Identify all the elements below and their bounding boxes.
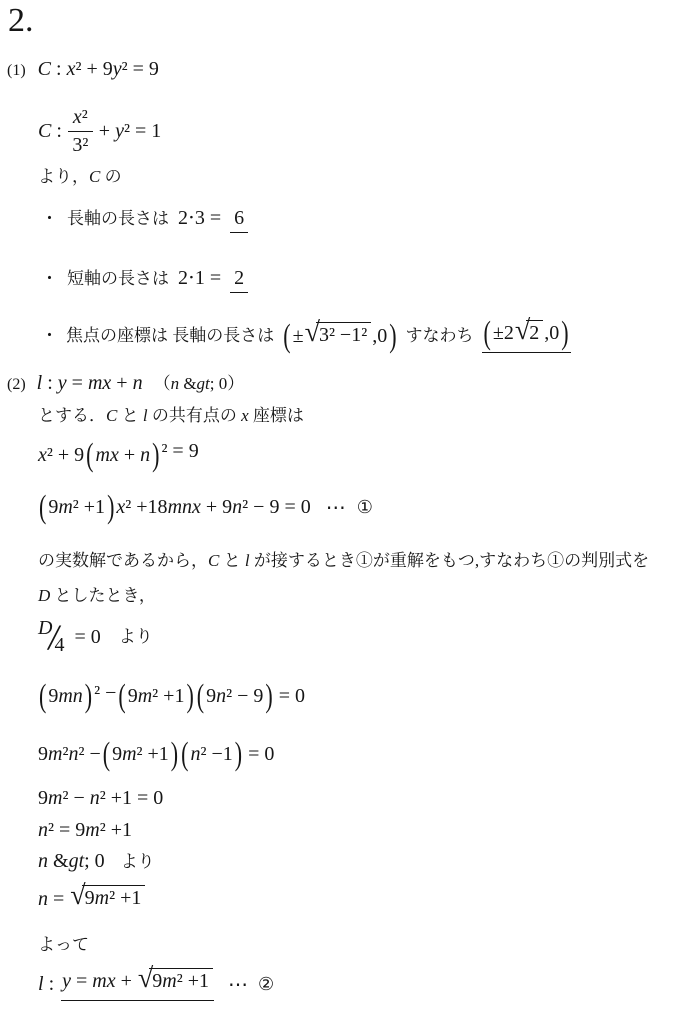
part2-intro: とする．C と l の共有点の x 座標は — [38, 403, 304, 429]
right-paren: ) — [560, 312, 569, 355]
right-paren: ) — [264, 675, 273, 718]
equation-post: x² +18mnx + 9n² − 9 = 0 — [116, 496, 310, 519]
n-squared-equation: n² = 9m² +1 — [38, 819, 132, 842]
substituted-equation: x² + 9 ( mx + n ) ² = 9 — [38, 435, 199, 475]
sqrt-expression: √ 9m² +1 — [70, 885, 145, 913]
foci-label: 焦点の座標は 長軸の長さは — [66, 323, 274, 349]
equation-pre: n = — [38, 888, 64, 911]
minor-axis-line: ・ 短軸の長さは 2⋅1 = 2 — [41, 265, 248, 293]
equals-zero: = 0 — [248, 743, 274, 766]
fraction-denominator: 3² — [68, 132, 93, 157]
sqrt-expression: √ 9m² +1 — [138, 968, 213, 996]
bullet-icon: ・ — [41, 323, 58, 349]
fraction-numerator: x² — [68, 106, 93, 132]
right-paren: ) — [185, 675, 194, 718]
fraction-x2-over-32: x² 3² — [68, 106, 93, 157]
left-paren: ( — [483, 312, 492, 355]
left-paren: ( — [38, 486, 47, 529]
ellipse-equation: C : x² + 9y² = 9 — [38, 58, 159, 81]
sqrt-two: √ 2 — [515, 320, 543, 348]
discriminant-line: D / 4 = 0 より — [38, 614, 153, 660]
right-paren: ) — [151, 434, 160, 477]
problem-number: 2. — [8, 2, 34, 40]
equation-inner: mx + n — [96, 444, 151, 467]
equation-post: ² = 9 — [161, 440, 198, 463]
part1-first-line: (1) C : x² + 9y² = 9 — [7, 58, 159, 81]
d-over-4: D / 4 — [38, 614, 64, 660]
squared-minus: ² − — [94, 682, 116, 705]
minor-axis-label: 短軸の長さは — [67, 266, 169, 292]
bullet-icon: ・ — [41, 206, 58, 232]
right-paren: ) — [234, 733, 243, 776]
cdots: ⋯ — [228, 972, 248, 997]
radicand: 9m² +1 — [82, 885, 146, 910]
n-positive: n &gt; 0 — [38, 850, 105, 873]
reduced-equation: 9m² − n² +1 = 0 — [38, 787, 163, 810]
line-expression: y = mx + — [62, 970, 132, 993]
sunawachi-label: すなわち — [406, 323, 474, 349]
equation-ref-1: ① — [357, 497, 373, 518]
part1-note: より，C の — [38, 164, 122, 190]
left-paren: ( — [85, 434, 94, 477]
equation-inner: 9m² +1 — [48, 496, 105, 519]
part2-first-line: (2) l : y = mx + n （n &gt; 0） — [7, 371, 244, 397]
radical-icon: √ — [70, 882, 85, 910]
reasoning-paragraph-line1: の実数解であるから，C と l が接するとき①が重解をもつ,すなわち①の判別式を — [38, 548, 649, 574]
left-paren: ( — [180, 733, 189, 776]
part2-label: (2) — [7, 376, 26, 394]
left-paren: ( — [117, 675, 126, 718]
equals-zero: = 0 — [74, 626, 100, 649]
coordinate-rest: ,0 — [372, 325, 387, 348]
right-paren: ) — [388, 315, 397, 358]
major-axis-expr: 2⋅3 = — [178, 205, 221, 230]
equals-zero: = 0 — [279, 685, 305, 708]
group-9m2plus1: 9m² +1 — [112, 743, 169, 766]
major-axis-line: ・ 長軸の長さは 2⋅3 = 6 — [41, 205, 248, 233]
minor-axis-result: 2 — [230, 267, 248, 293]
sqrt-expression: √ 3² −1² — [305, 322, 372, 350]
coordinate-rest: ,0 — [544, 322, 559, 345]
foci-line: ・ 焦点の座標は 長軸の長さは ( ± √ 3² −1² ,0 ) すなわち (… — [41, 312, 571, 360]
yori-label: より — [121, 849, 155, 875]
equation-pre: l : — [38, 973, 54, 996]
equation-pre: x² + 9 — [38, 444, 84, 467]
yori-label: より — [119, 624, 153, 650]
part1-label: (1) — [7, 62, 26, 80]
radical-icon: √ — [515, 317, 530, 345]
group-9m2plus1: 9m² +1 — [128, 685, 185, 708]
disc-simplified-equation: 9m²n² − ( 9m² +1 ) ( n² −1 ) = 0 — [38, 734, 274, 774]
left-paren: ( — [102, 733, 111, 776]
group-9n2minus9: 9n² − 9 — [206, 685, 263, 708]
equation-ref-2: ② — [258, 974, 274, 995]
right-paren: ) — [106, 486, 115, 529]
standard-form-prefix: C : — [38, 120, 62, 143]
minor-axis-expr: 2⋅1 = — [178, 265, 221, 290]
plus-minus-two: ±2 — [493, 322, 514, 345]
group-9mn: 9mn — [48, 685, 82, 708]
bullet-icon: ・ — [41, 266, 58, 292]
radicand: 9m² +1 — [149, 968, 213, 993]
n-positive-line: n &gt; 0 より — [38, 849, 155, 875]
left-paren: ( — [282, 315, 291, 358]
standard-form-line: C : x² 3² + y² = 1 — [38, 100, 161, 162]
conclusion-word: よって — [38, 932, 89, 958]
cdots: ⋯ — [326, 495, 346, 520]
math-solution-page: { "glyphs": { "lparen": "(", "rparen": "… — [0, 0, 693, 1024]
discriminant-denominator: 4 — [54, 634, 64, 657]
n-solution-line: n = √ 9m² +1 — [38, 882, 145, 916]
radical-icon: √ — [305, 319, 320, 347]
plus-minus: ± — [293, 325, 304, 348]
disc-expanded-equation: ( 9mn ) ² − ( 9m² +1 ) ( 9n² − 9 ) = 0 — [38, 676, 305, 716]
right-paren: ) — [84, 675, 93, 718]
discriminant-numerator: D — [38, 617, 52, 640]
line-equation: l : y = mx + n — [37, 372, 143, 395]
final-equation-line: l : y = mx + √ 9m² +1 ⋯ ② — [38, 962, 274, 1006]
left-paren: ( — [38, 675, 47, 718]
major-axis-label: 長軸の長さは — [67, 206, 169, 232]
expanded-equation: ( 9m² +1 ) x² +18mnx + 9n² − 9 = 0 ⋯ ① — [38, 487, 373, 527]
n-condition: （n &gt; 0） — [154, 371, 245, 397]
radicand: 3² −1² — [316, 322, 371, 347]
standard-form-suffix: + y² = 1 — [99, 120, 161, 143]
foci-expression: ( ± √ 3² −1² ,0 ) — [282, 322, 397, 351]
left-paren: ( — [196, 675, 205, 718]
radical-icon: √ — [138, 965, 153, 993]
final-result-underlined: y = mx + √ 9m² +1 — [61, 968, 214, 1001]
foci-result-underlined: ( ±2 √ 2 ,0 ) — [482, 319, 571, 353]
reasoning-paragraph-line2: D としたとき， — [38, 583, 156, 609]
right-paren: ) — [170, 733, 179, 776]
group-n2minus1: n² −1 — [190, 743, 232, 766]
major-axis-result: 6 — [230, 207, 248, 233]
equation-pre: 9m²n² − — [38, 743, 101, 766]
